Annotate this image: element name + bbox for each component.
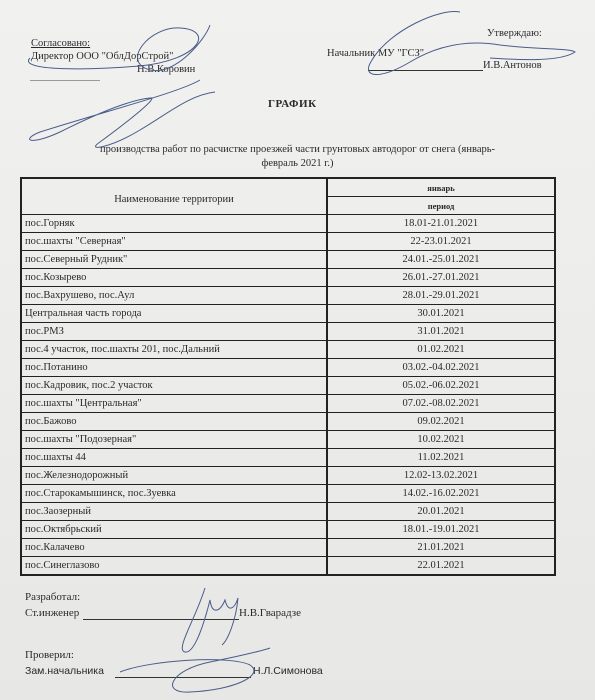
document-page: Согласовано: Директор ООО "ОблДорСтрой" …: [0, 0, 595, 700]
footer-signatures: [0, 0, 595, 700]
